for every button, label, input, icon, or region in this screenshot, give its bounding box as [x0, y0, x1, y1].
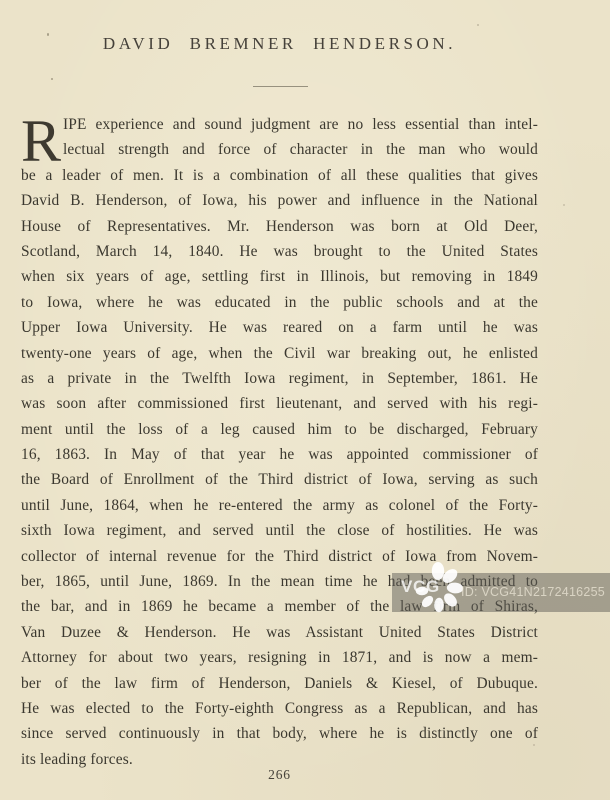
text-line: twenty-one years of age, when the Civil …	[21, 341, 538, 366]
paper-speck	[563, 204, 565, 206]
drop-cap-letter: R	[21, 112, 63, 162]
text-line: Upper Iowa University. He was reared on …	[21, 315, 538, 340]
biography-text: R IPE experience and sound judgment are …	[21, 112, 538, 772]
paper-speck	[533, 744, 535, 746]
text-line: until June, 1864, when he re-entered the…	[21, 493, 538, 518]
watermark-id-text: ID: VCG41N2172416255	[461, 585, 605, 599]
text-line: ber of the law firm of Henderson, Daniel…	[21, 671, 538, 696]
text-line: lectual strength and force of character …	[21, 137, 538, 162]
text-line: as a private in the Twelfth Iowa regimen…	[21, 366, 538, 391]
text-line: House of Representatives. Mr. Henderson …	[21, 214, 538, 239]
page-number: 266	[21, 767, 538, 783]
title-divider	[253, 86, 308, 87]
text-line: Scotland, March 14, 1840. He was brought…	[21, 239, 538, 264]
text-line: since served continuously in that body, …	[21, 721, 538, 746]
text-line: Van Duzee & Henderson. He was Assistant …	[21, 620, 538, 645]
text-line: IPE experience and sound judgment are no…	[21, 112, 538, 137]
paper-speck	[51, 78, 53, 80]
paper-speck	[47, 33, 49, 36]
page-title: DAVID BREMNER HENDERSON.	[21, 34, 538, 54]
text-line: when six years of age, settling first in…	[21, 264, 538, 289]
vcg-flower-icon	[411, 561, 465, 615]
book-page: DAVID BREMNER HENDERSON. R IPE experienc…	[0, 0, 610, 800]
text-line: the Board of Enrollment of the Third dis…	[21, 467, 538, 492]
text-line: sixth Iowa regiment, and served until th…	[21, 518, 538, 543]
text-line: to Iowa, where he was educated in the pu…	[21, 290, 538, 315]
text-line: Attorney for about two years, resigning …	[21, 645, 538, 670]
paper-speck	[477, 24, 479, 26]
text-line: was soon after commissioned first lieute…	[21, 391, 538, 416]
text-line: ment until the loss of a leg caused him …	[21, 417, 538, 442]
text-line: 16, 1863. In May of that year he was app…	[21, 442, 538, 467]
text-line: David B. Henderson, of Iowa, his power a…	[21, 188, 538, 213]
text-line: He was elected to the Forty-eighth Congr…	[21, 696, 538, 721]
text-line: be a leader of men. It is a combination …	[21, 163, 538, 188]
